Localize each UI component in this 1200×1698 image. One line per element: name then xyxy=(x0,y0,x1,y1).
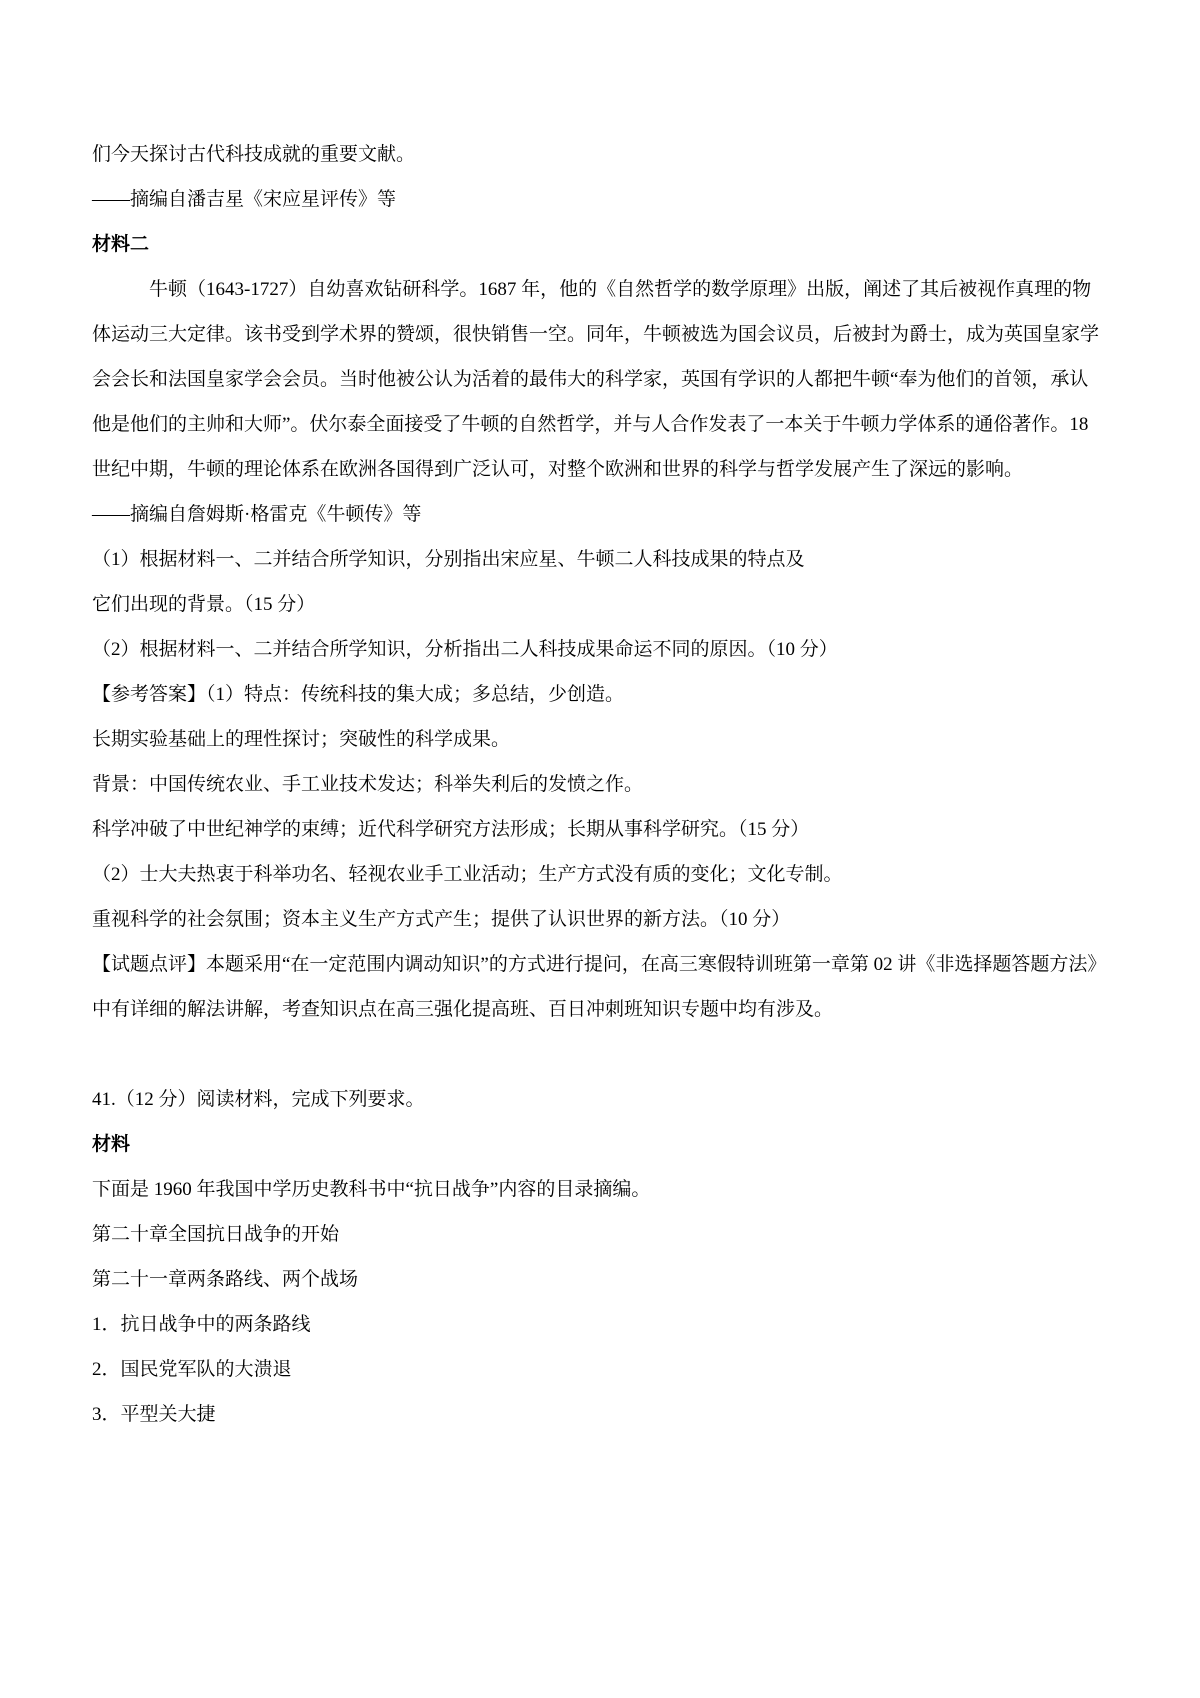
blank-line xyxy=(92,1032,1100,1077)
question-41-material-intro: 下面是 1960 年我国中学历史教科书中“抗日战争”内容的目录摘编。 xyxy=(92,1167,1100,1212)
reference-answer-line-3: 背景：中国传统农业、手工业技术发达；科举失利后的发愤之作。 xyxy=(92,762,1100,807)
reference-answer-line-5: （2）士大夫热衷于科举功名、轻视农业手工业活动；生产方式没有质的变化；文化专制。 xyxy=(92,852,1100,897)
reference-answer-line-2: 长期实验基础上的理性探讨；突破性的科学成果。 xyxy=(92,717,1100,762)
question-2-line: （2）根据材料一、二并结合所学知识，分析指出二人科技成果命运不同的原因。（10 … xyxy=(92,627,1100,672)
exam-document-page: 们今天探讨古代科技成就的重要文献。 ——摘编自潘吉星《宋应星评传》等 材料二 牛… xyxy=(0,0,1200,1698)
toc-chapter-20-line: 第二十章全国抗日战争的开始 xyxy=(92,1212,1100,1257)
reference-answer-line-6: 重视科学的社会氛围；资本主义生产方式产生；提供了认识世界的新方法。（10 分） xyxy=(92,897,1100,942)
reference-answer-line-1: 【参考答案】（1）特点：传统科技的集大成；多总结，少创造。 xyxy=(92,672,1100,717)
material-two-heading: 材料二 xyxy=(92,222,1100,267)
toc-item-3-line: 3．平型关大捷 xyxy=(92,1392,1100,1437)
material-one-source-citation: ——摘编自潘吉星《宋应星评传》等 xyxy=(92,177,1100,222)
question-1-line-2: 它们出现的背景。（15 分） xyxy=(92,582,1100,627)
material-two-source-citation: ——摘编自詹姆斯·格雷克《牛顿传》等 xyxy=(92,492,1100,537)
question-41-material-heading: 材料 xyxy=(92,1122,1100,1167)
material-one-ending-line: 们今天探讨古代科技成就的重要文献。 xyxy=(92,132,1100,177)
material-two-body-paragraph: 牛顿（1643-1727）自幼喜欢钻研科学。1687 年，他的《自然哲学的数学原… xyxy=(92,267,1100,492)
reference-answer-line-4: 科学冲破了中世纪神学的束缚；近代科学研究方法形成；长期从事科学研究。（15 分） xyxy=(92,807,1100,852)
question-1-line-1: （1）根据材料一、二并结合所学知识，分别指出宋应星、牛顿二人科技成果的特点及 xyxy=(92,537,1100,582)
toc-item-1-line: 1．抗日战争中的两条路线 xyxy=(92,1302,1100,1347)
question-41-header: 41.（12 分）阅读材料，完成下列要求。 xyxy=(92,1077,1100,1122)
toc-chapter-21-line: 第二十一章两条路线、两个战场 xyxy=(92,1257,1100,1302)
toc-item-2-line: 2．国民党军队的大溃退 xyxy=(92,1347,1100,1392)
question-comment-paragraph: 【试题点评】本题采用“在一定范围内调动知识”的方式进行提问，在高三寒假特训班第一… xyxy=(92,942,1100,1032)
